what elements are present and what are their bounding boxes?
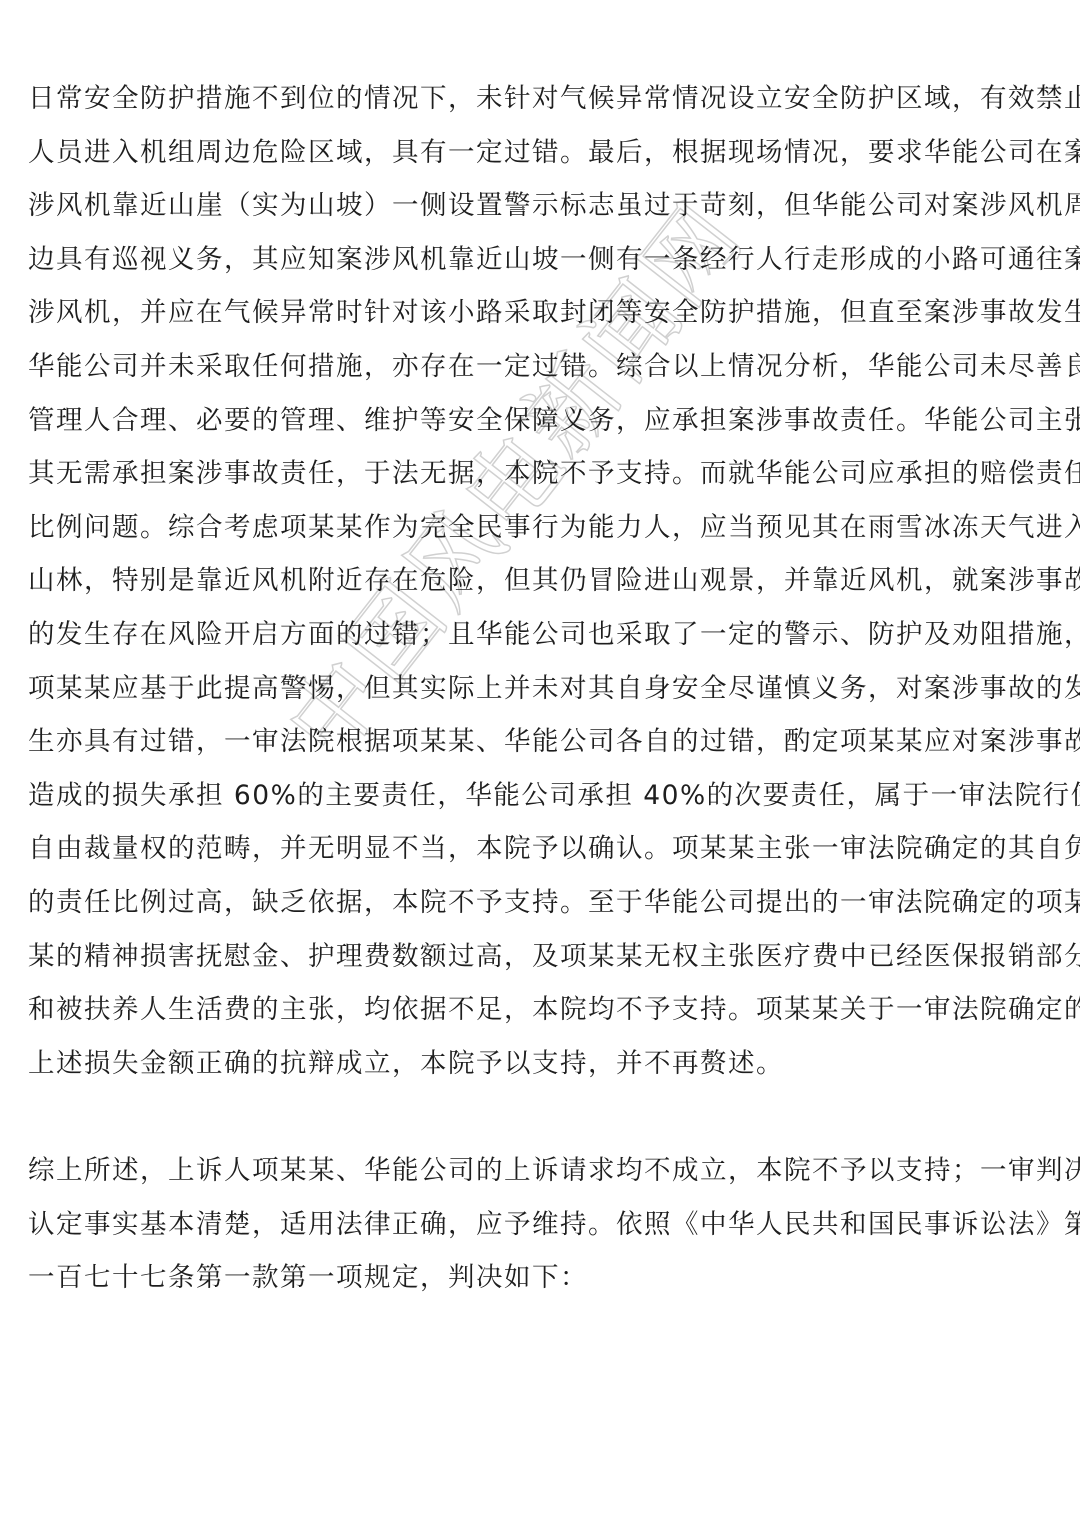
text-line: 一百七十七条第一款第一项规定，判决如下：	[28, 1251, 1058, 1305]
text-line: 边具有巡视义务，其应知案涉风机靠近山坡一侧有一条经行人行走形成的小路可通往案	[28, 233, 1058, 287]
text-line: 比例问题。综合考虑项某某作为完全民事行为能力人，应当预见其在雨雪冰冻天气进入	[28, 501, 1058, 555]
text-line: 山林，特别是靠近风机附近存在危险，但其仍冒险进山观景，并靠近风机，就案涉事故	[28, 554, 1058, 608]
text-line: 日常安全防护措施不到位的情况下，未针对气候异常情况设立安全防护区域，有效禁止	[28, 72, 1058, 126]
text-line: 自由裁量权的范畴，并无明显不当，本院予以确认。项某某主张一审法院确定的其自负	[28, 822, 1058, 876]
text-line: 管理人合理、必要的管理、维护等安全保障义务，应承担案涉事故责任。华能公司主张	[28, 394, 1058, 448]
text-line: 造成的损失承担 60%的主要责任，华能公司承担 40%的次要责任，属于一审法院行…	[28, 769, 1058, 823]
text-line: 生亦具有过错，一审法院根据项某某、华能公司各自的过错，酌定项某某应对案涉事故	[28, 715, 1058, 769]
text-line: 人员进入机组周边危险区域，具有一定过错。最后，根据现场情况，要求华能公司在案	[28, 126, 1058, 180]
text-line: 项某某应基于此提高警惕，但其实际上并未对其自身安全尽谨慎义务，对案涉事故的发	[28, 662, 1058, 716]
text-line: 的责任比例过高，缺乏依据，本院不予支持。至于华能公司提出的一审法院确定的项某	[28, 876, 1058, 930]
text-line: 的发生存在风险开启方面的过错；且华能公司也采取了一定的警示、防护及劝阻措施，	[28, 608, 1058, 662]
paragraph-conclusion: 综上所述，上诉人项某某、华能公司的上诉请求均不成立，本院不予以支持；一审判决 认…	[28, 1144, 1058, 1305]
text-line: 和被扶养人生活费的主张，均依据不足，本院均不予支持。项某某关于一审法院确定的	[28, 983, 1058, 1037]
text-line: 其无需承担案涉事故责任，于法无据，本院不予支持。而就华能公司应承担的赔偿责任	[28, 447, 1058, 501]
text-line: 涉风机，并应在气候异常时针对该小路采取封闭等安全防护措施，但直至案涉事故发生，	[28, 286, 1058, 340]
text-line: 某的精神损害抚慰金、护理费数额过高，及项某某无权主张医疗费中已经医保报销部分	[28, 930, 1058, 984]
document-page: 日常安全防护措施不到位的情况下，未针对气候异常情况设立安全防护区域，有效禁止 人…	[28, 72, 1058, 1305]
text-line: 认定事实基本清楚，适用法律正确，应予维持。依照《中华人民共和国民事诉讼法》第	[28, 1198, 1058, 1252]
paragraph-reasoning: 日常安全防护措施不到位的情况下，未针对气候异常情况设立安全防护区域，有效禁止 人…	[28, 72, 1058, 1090]
text-line: 华能公司并未采取任何措施，亦存在一定过错。综合以上情况分析，华能公司未尽善良	[28, 340, 1058, 394]
text-line: 上述损失金额正确的抗辩成立，本院予以支持，并不再赘述。	[28, 1037, 1058, 1091]
text-line: 涉风机靠近山崖（实为山坡）一侧设置警示标志虽过于苛刻，但华能公司对案涉风机周	[28, 179, 1058, 233]
text-line: 综上所述，上诉人项某某、华能公司的上诉请求均不成立，本院不予以支持；一审判决	[28, 1144, 1058, 1198]
